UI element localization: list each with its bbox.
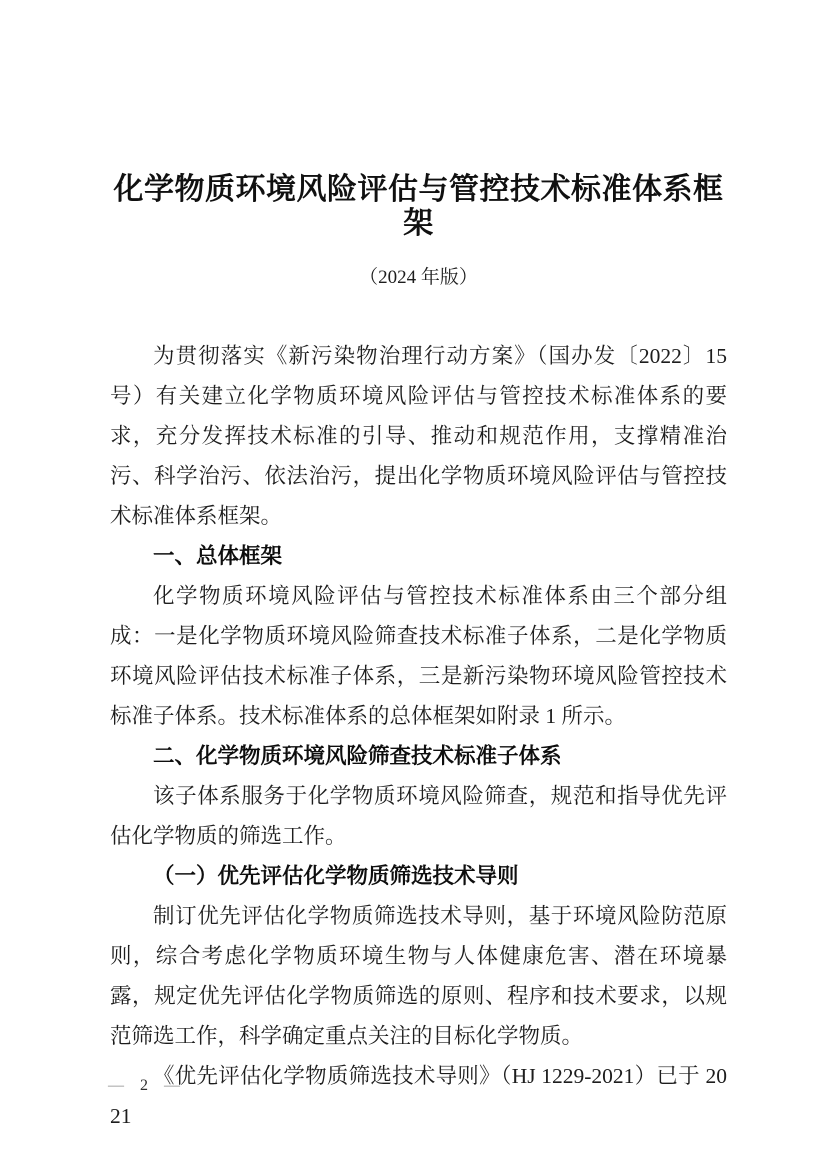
- doc-subtitle: （2024 年版）: [110, 265, 727, 291]
- paragraph-guideline-standard-reference: 《优先评估化学物质筛选技术导则》（HJ 1229-2021）已于 2021: [110, 1056, 727, 1136]
- footer-left-dash: —: [108, 1077, 124, 1094]
- footer-right-dash: —: [164, 1077, 180, 1094]
- paragraph-guideline-description: 制订优先评估化学物质筛选技术导则，基于环境风险防范原则，综合考虑化学物质环境生物…: [110, 896, 727, 1056]
- subsection-heading-priority-assessment-guideline: （一）优先评估化学物质筛选技术导则: [110, 856, 727, 896]
- page-content: 化学物质环境风险评估与管控技术标准体系框架 （2024 年版） 为贯彻落实《新污…: [0, 0, 826, 1136]
- page-number: 2: [140, 1076, 148, 1096]
- document-page: 化学物质环境风险评估与管控技术标准体系框架 （2024 年版） 为贯彻落实《新污…: [0, 0, 826, 1169]
- doc-body: 为贯彻落实《新污染物治理行动方案》（国办发〔2022〕15 号）有关建立化学物质…: [110, 336, 727, 1136]
- page-title: 化学物质环境风险评估与管控技术标准体系框架: [110, 173, 727, 241]
- paragraph-overall-framework: 化学物质环境风险评估与管控技术标准体系由三个部分组成：一是化学物质环境风险筛查技…: [110, 576, 727, 736]
- section-heading-1-overall-framework: 一、总体框架: [110, 536, 727, 576]
- paragraph-screening-subsystem: 该子体系服务于化学物质环境风险筛查，规范和指导优先评估化学物质的筛选工作。: [110, 776, 727, 856]
- paragraph-intro: 为贯彻落实《新污染物治理行动方案》（国办发〔2022〕15 号）有关建立化学物质…: [110, 336, 727, 536]
- section-heading-2-screening-subsystem: 二、化学物质环境风险筛查技术标准子体系: [110, 736, 727, 776]
- page-footer: —2—: [108, 1076, 180, 1096]
